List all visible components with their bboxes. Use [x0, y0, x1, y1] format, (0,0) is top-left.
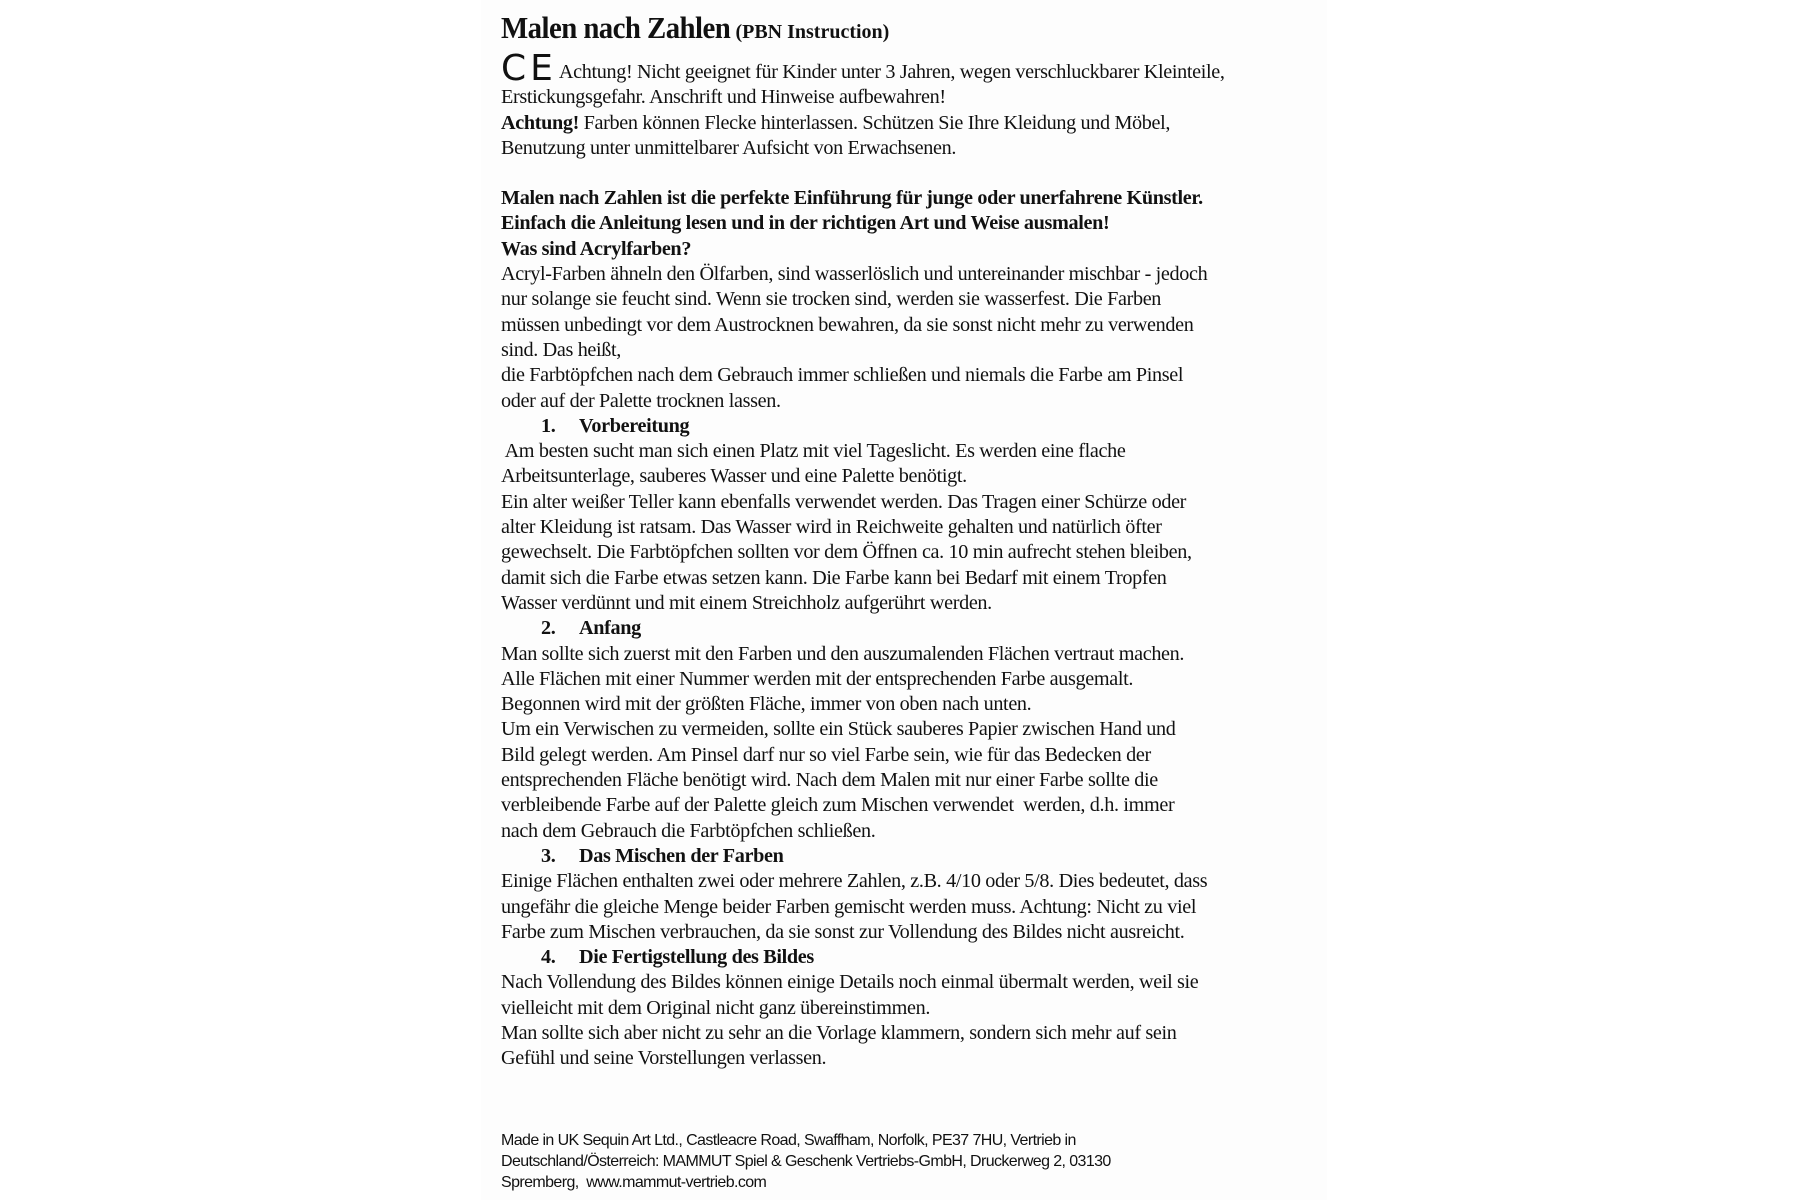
paragraph-line: Acryl-Farben ähneln den Ölfarben, sind w… — [501, 262, 1331, 287]
paragraph-line: Alle Flächen mit einer Nummer werden mit… — [501, 667, 1331, 692]
paragraph-line: Man sollte sich zuerst mit den Farben un… — [501, 642, 1331, 667]
section-heading-acrylfarben: Was sind Acrylfarben? — [501, 237, 1331, 262]
warning-line: CEAchtung! Nicht geeignet für Kinder unt… — [501, 56, 1331, 85]
title-subtitle: (PBN Instruction) — [735, 21, 889, 44]
paragraph-line: Ein alter weißer Teller kann ebenfalls v… — [501, 490, 1331, 515]
section-heading-4: 4.Die Fertigstellung des Bildes — [501, 945, 1331, 970]
manufacturer-footer: Made in UK Sequin Art Ltd., Castleacre R… — [501, 1130, 1111, 1193]
paragraph-line: Nach Vollendung des Bildes können einige… — [501, 970, 1331, 995]
paragraph-line: entsprechenden Fläche benötigt wird. Nac… — [501, 768, 1331, 793]
paragraph-line: die Farbtöpfchen nach dem Gebrauch immer… — [501, 363, 1331, 388]
warning-line: Achtung! Farben können Flecke hinterlass… — [501, 111, 1331, 136]
paragraph-line: Begonnen wird mit der größten Fläche, im… — [501, 692, 1331, 717]
footer-line: Made in UK Sequin Art Ltd., Castleacre R… — [501, 1130, 1111, 1151]
paragraph-line: nach dem Gebrauch die Farbtöpfchen schli… — [501, 819, 1331, 844]
paragraph-line: Gefühl und seine Vorstellungen verlassen… — [501, 1046, 1331, 1071]
paragraph-line: Am besten sucht man sich einen Platz mit… — [501, 439, 1331, 464]
warning-line: Benutzung unter unmittelbarer Aufsicht v… — [501, 136, 1331, 161]
paragraph-line: müssen unbedingt vor dem Austrocknen bew… — [501, 313, 1331, 338]
section-heading-2: 2.Anfang — [501, 616, 1331, 641]
paragraph-line: vielleicht mit dem Original nicht ganz ü… — [501, 996, 1331, 1021]
ce-mark-icon: CE — [501, 48, 557, 89]
document-body: Malen nach Zahlen (PBN Instruction) CEAc… — [501, 10, 1331, 1072]
paragraph-line: Arbeitsunterlage, sauberes Wasser und ei… — [501, 464, 1331, 489]
warning-line: Erstickungsgefahr. Anschrift und Hinweis… — [501, 85, 1331, 110]
warning-label: Achtung! — [501, 112, 579, 134]
paragraph-line: Wasser verdünnt und mit einem Streichhol… — [501, 591, 1331, 616]
paragraph-line: alter Kleidung ist ratsam. Das Wasser wi… — [501, 515, 1331, 540]
section-heading-1: 1.Vorbereitung — [501, 414, 1331, 439]
spacer — [501, 161, 1331, 186]
intro-heading: Einfach die Anleitung lesen und in der r… — [501, 211, 1331, 236]
paragraph-line: nur solange sie feucht sind. Wenn sie tr… — [501, 287, 1331, 312]
intro-heading: Malen nach Zahlen ist die perfekte Einfü… — [501, 186, 1331, 211]
title-main: Malen nach Zahlen — [501, 10, 730, 46]
footer-line: Spremberg, www.mammut-vertrieb.com — [501, 1172, 1111, 1193]
paragraph-line: gewechselt. Die Farbtöpfchen sollten vor… — [501, 540, 1331, 565]
page-title: Malen nach Zahlen (PBN Instruction) — [501, 10, 1331, 50]
paragraph-line: Einige Flächen enthalten zwei oder mehre… — [501, 869, 1331, 894]
section-heading-3: 3.Das Mischen der Farben — [501, 844, 1331, 869]
paragraph-line: oder auf der Palette trocknen lassen. — [501, 389, 1331, 414]
paragraph-line: Farbe zum Mischen verbrauchen, da sie so… — [501, 920, 1331, 945]
paragraph-line: Bild gelegt werden. Am Pinsel darf nur s… — [501, 743, 1331, 768]
paragraph-line: damit sich die Farbe etwas setzen kann. … — [501, 566, 1331, 591]
paragraph-line: Um ein Verwischen zu vermeiden, sollte e… — [501, 717, 1331, 742]
footer-line: Deutschland/Österreich: MAMMUT Spiel & G… — [501, 1151, 1111, 1172]
paragraph-line: ungefähr die gleiche Menge beider Farben… — [501, 895, 1331, 920]
scanned-instruction-page: Malen nach Zahlen (PBN Instruction) CEAc… — [481, 0, 1327, 1200]
paragraph-line: Man sollte sich aber nicht zu sehr an di… — [501, 1021, 1331, 1046]
paragraph-line: verbleibende Farbe auf der Palette gleic… — [501, 793, 1331, 818]
paragraph-line: sind. Das heißt, — [501, 338, 1331, 363]
